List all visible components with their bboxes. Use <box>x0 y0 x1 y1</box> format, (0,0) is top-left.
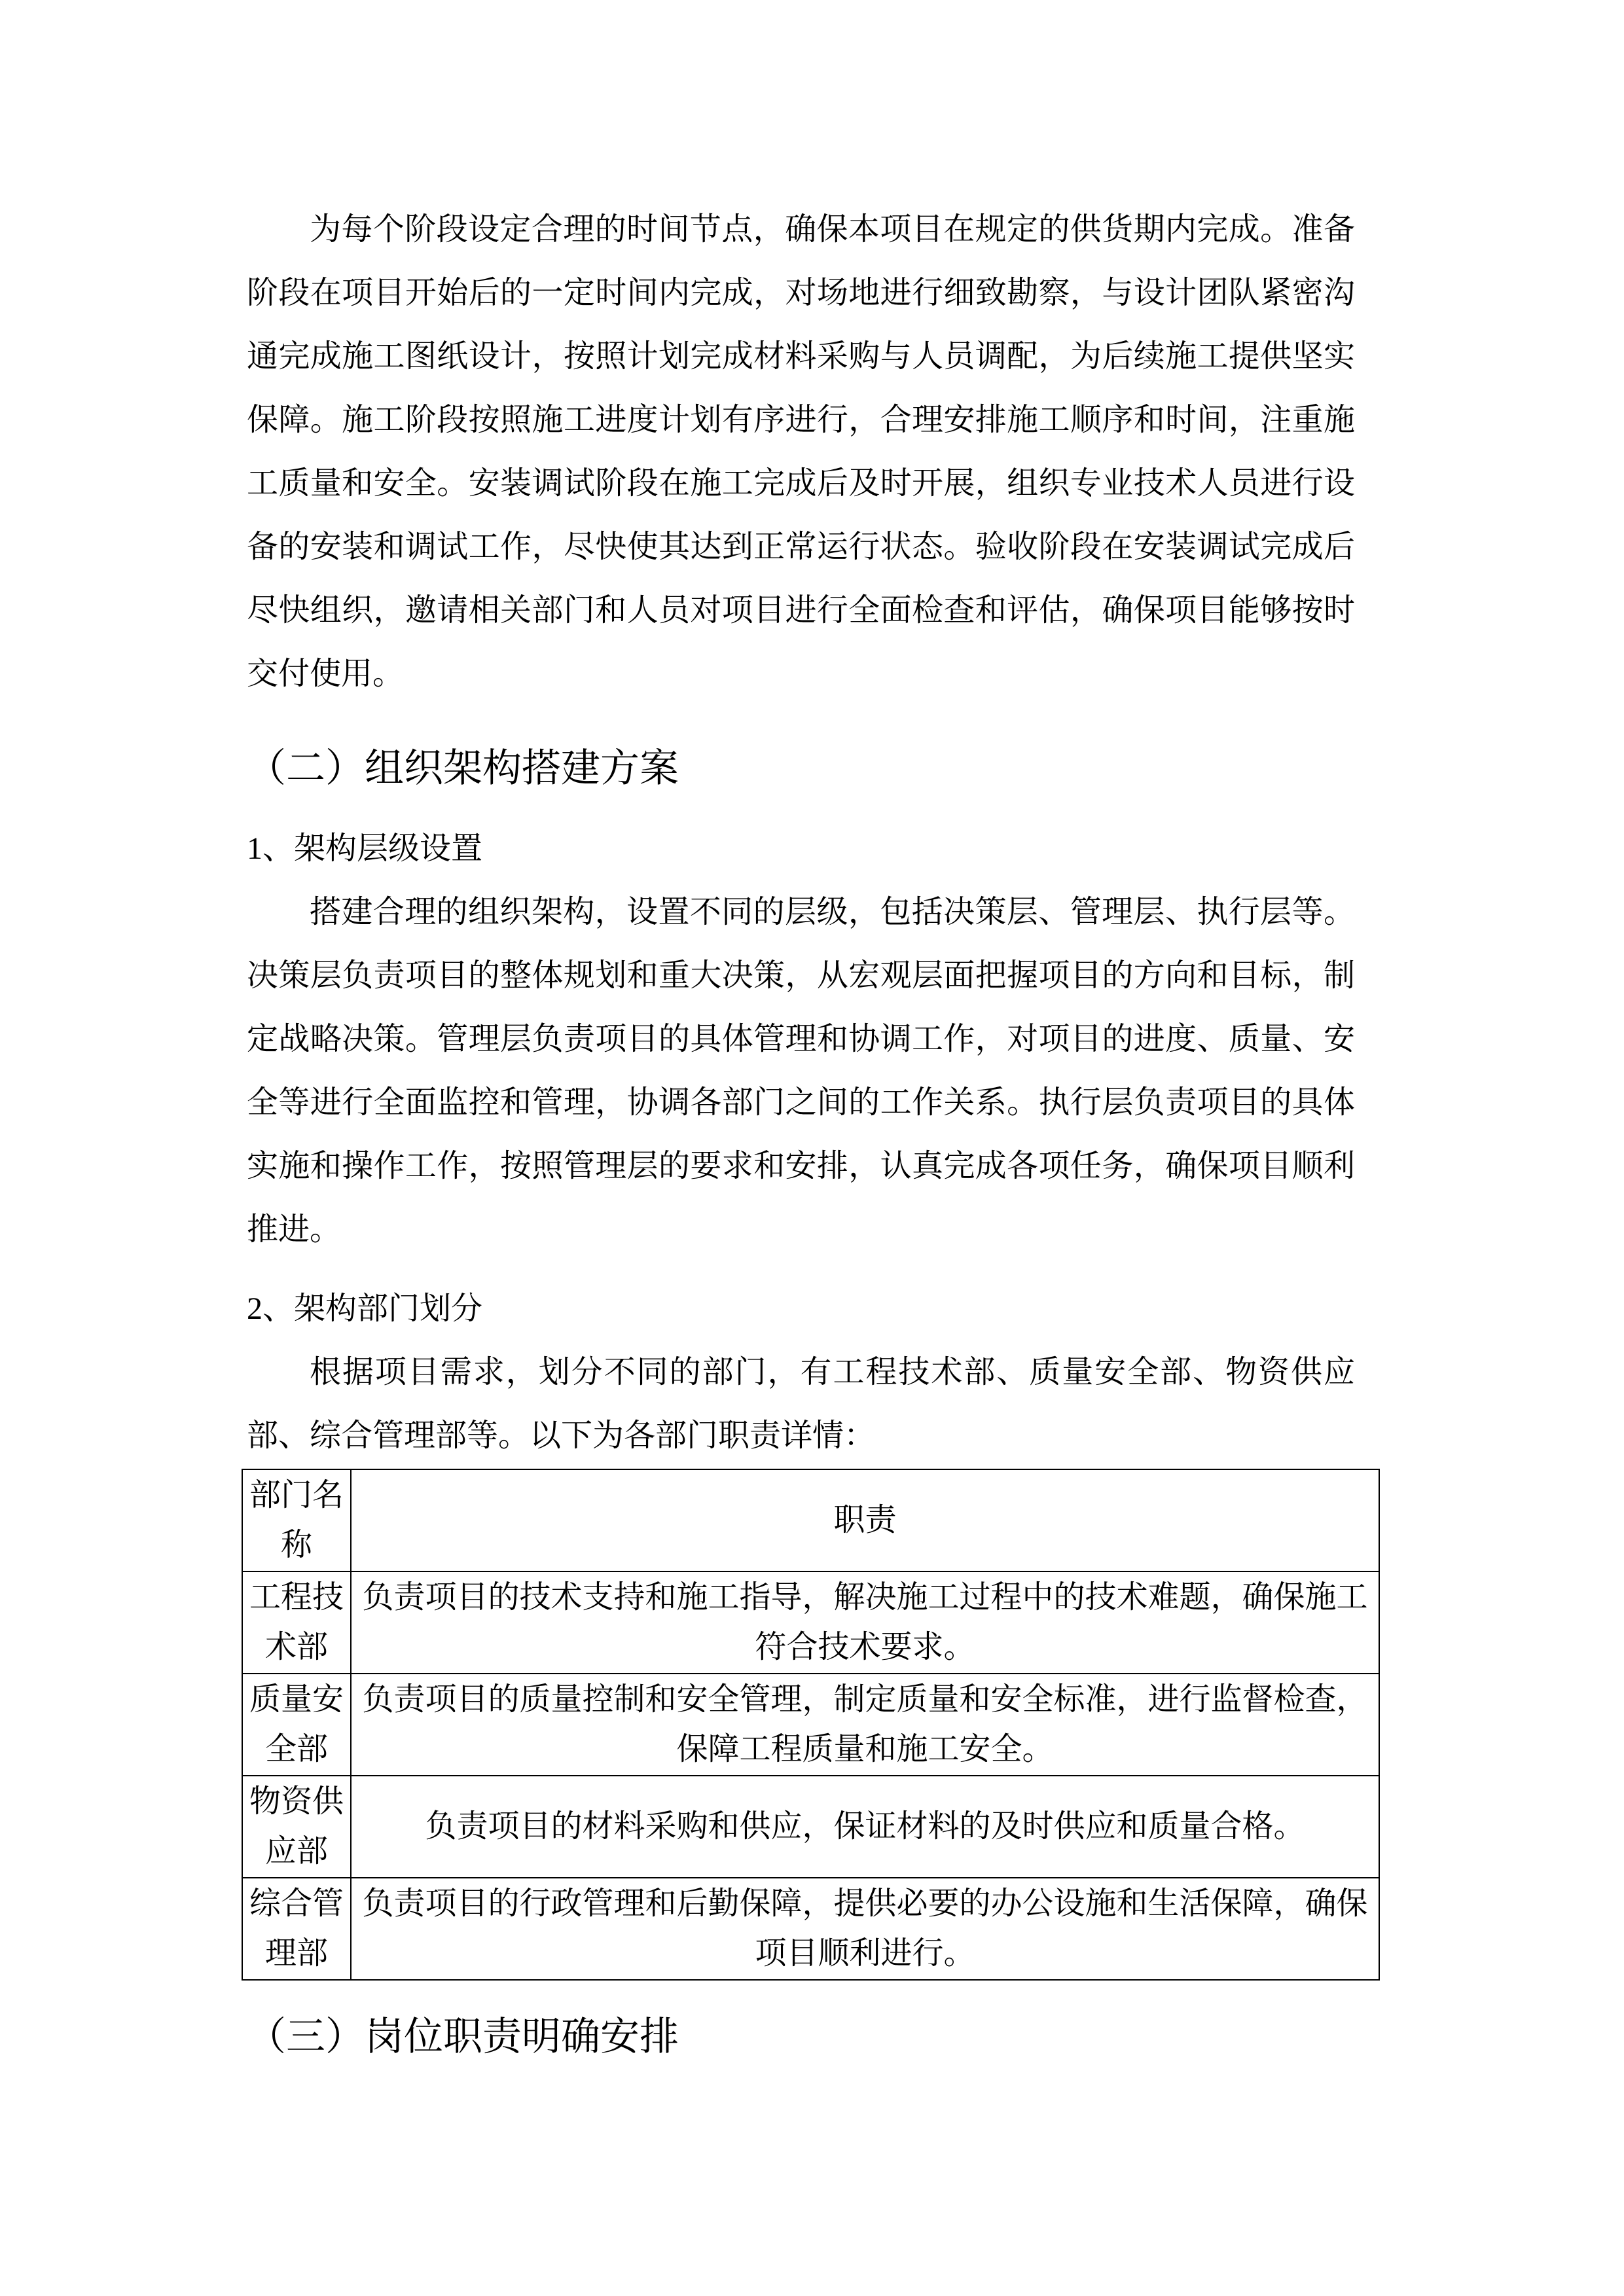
table-header-department-name: 部门名称 <box>242 1469 351 1571</box>
subheading-structure-levels: 1、架构层级设置 <box>247 817 1355 880</box>
table-header-row: 部门名称 职责 <box>242 1469 1379 1571</box>
heading-section-3: （三）岗位职责明确安排 <box>247 1999 1355 2075</box>
table-row: 质量安全部 负责项目的质量控制和安全管理，制定质量和安全标准，进行监督检查，保障… <box>242 1674 1379 1776</box>
department-duty-cell: 负责项目的行政管理和后勤保障，提供必要的办公设施和生活保障，确保项目顺利进行。 <box>351 1878 1379 1980</box>
department-duty-table: 部门名称 职责 工程技术部 负责项目的技术支持和施工指导，解决施工过程中的技术难… <box>242 1469 1380 1981</box>
table-row: 物资供应部 负责项目的材料采购和供应，保证材料的及时供应和质量合格。 <box>242 1776 1379 1878</box>
subheading-department-division: 2、架构部门划分 <box>247 1277 1355 1340</box>
department-duty-cell: 负责项目的技术支持和施工指导，解决施工过程中的技术难题，确保施工符合技术要求。 <box>351 1571 1379 1674</box>
department-name-cell: 工程技术部 <box>242 1571 351 1674</box>
department-name-cell: 物资供应部 <box>242 1776 351 1878</box>
department-name-cell: 综合管理部 <box>242 1878 351 1980</box>
heading-section-2: （二）组织架构搭建方案 <box>247 730 1355 806</box>
paragraph-department-division: 根据项目需求，划分不同的部门，有工程技术部、质量安全部、物资供应部、综合管理部等… <box>247 1340 1355 1467</box>
table-row: 综合管理部 负责项目的行政管理和后勤保障，提供必要的办公设施和生活保障，确保项目… <box>242 1878 1379 1980</box>
department-duty-cell: 负责项目的材料采购和供应，保证材料的及时供应和质量合格。 <box>351 1776 1379 1878</box>
paragraph-structure-levels: 搭建合理的组织架构，设置不同的层级，包括决策层、管理层、执行层等。决策层负责项目… <box>247 880 1355 1261</box>
department-duty-cell: 负责项目的质量控制和安全管理，制定质量和安全标准，进行监督检查，保障工程质量和施… <box>351 1674 1379 1776</box>
page-content: 为每个阶段设定合理的时间节点，确保本项目在规定的供货期内完成。准备阶段在项目开始… <box>247 198 1355 2075</box>
document-page: { "page": { "background": "#ffffff", "te… <box>0 0 1624 2296</box>
department-name-cell: 质量安全部 <box>242 1674 351 1776</box>
paragraph-schedule: 为每个阶段设定合理的时间节点，确保本项目在规定的供货期内完成。准备阶段在项目开始… <box>247 198 1355 706</box>
table-row: 工程技术部 负责项目的技术支持和施工指导，解决施工过程中的技术难题，确保施工符合… <box>242 1571 1379 1674</box>
table-header-duty: 职责 <box>351 1469 1379 1571</box>
